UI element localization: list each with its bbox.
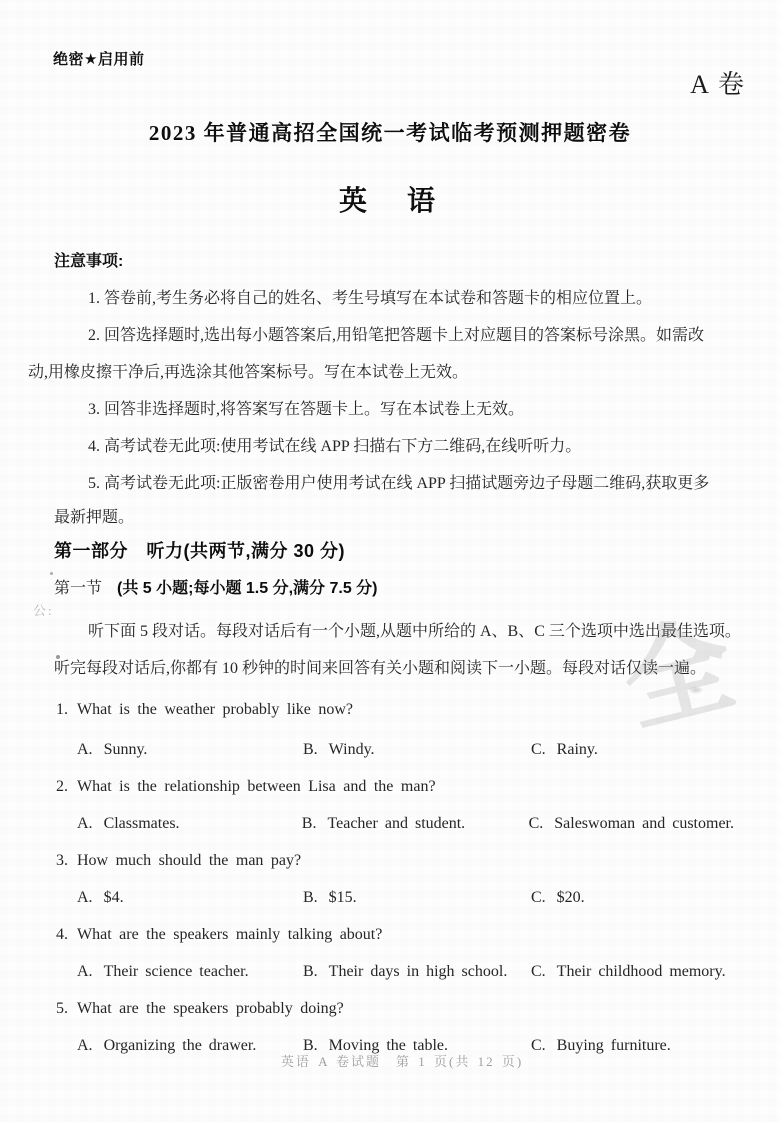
option-text: Saleswoman and customer. [554,815,734,832]
notice-line-3: 3. 回答非选择题时,将答案写在答题卡上。写在本试卷上无效。 [54,391,734,428]
notice-line-2: 2. 回答选择题时,选出每小题答案后,用铅笔把答题卡上对应题目的答案标号涂黑。如… [54,317,734,354]
option-text: $4. [104,889,124,906]
notice-line-4: 4. 高考试卷无此项:使用考试在线 APP 扫描右下方二维码,在线听听力。 [54,428,734,465]
question-4-option-c: C.Their childhood memory. [531,953,734,990]
question-4-options: A.Their science teacher. B.Their days in… [54,953,734,990]
option-text: Their childhood memory. [557,963,726,980]
page-footer: 英语 A 卷试题 第 1 页(共 12 页) [12,1051,780,1070]
paper-title: 2023 年普通高招全国统一考试临考预测押题密卷 [0,117,780,147]
option-text: Windy. [329,741,375,758]
option-text: Rainy. [557,741,598,758]
question-3-number: 3. [56,852,68,869]
option-text: Classmates. [104,815,180,832]
option-label: B. [303,963,318,980]
subject-title: 英 语 [0,179,780,219]
option-label: C. [531,741,546,758]
question-2-number: 2. [56,778,68,795]
option-label: C. [531,889,546,906]
exam-paper-page: 绝密★启用前 A 卷 2023 年普通高招全国统一考试临考预测押题密卷 英 语 … [0,0,780,1122]
option-text: Teacher and student. [327,815,465,832]
option-label: A. [77,815,93,832]
question-5-number: 5. [56,1000,68,1017]
question-1-text: What is the weather probably like now? [77,701,353,718]
notices-heading: 注意事项: [54,243,734,280]
question-2-option-a: A.Classmates. [77,805,302,842]
option-label: C. [531,963,546,980]
scan-speck [56,655,60,659]
question-5: 5.What are the speakers probably doing? [54,990,734,1027]
option-text: Their days in high school. [329,963,508,980]
question-2-option-b: B.Teacher and student. [302,805,529,842]
option-label: B. [303,741,318,758]
question-2-text: What is the relationship between Lisa an… [77,778,436,795]
margin-watermark-mark: 公: [33,600,54,619]
option-label: A. [77,741,93,758]
option-label: B. [303,889,318,906]
question-3: 3.How much should the man pay? [54,842,734,879]
option-label: B. [302,815,317,832]
listening-instructions-line-2: 听完每段对话后,你都有 10 秒钟的时间来回答有关小题和阅读下一小题。每段对话仅… [54,650,734,687]
question-1-option-b: B.Windy. [303,731,531,768]
option-text: Sunny. [104,741,148,758]
notice-line-5: 5. 高考试卷无此项:正版密卷用户使用考试在线 APP 扫描试题旁边子母题二维码… [54,465,734,502]
paper-version-label: A 卷 [690,64,746,101]
part1-heading: 第一部分 听力(共两节,满分 30 分) [54,533,734,570]
section1-heading: 第一节(共 5 小题;每小题 1.5 分,满分 7.5 分) [54,570,734,607]
question-3-option-c: C.$20. [531,879,734,916]
question-1-option-a: A.Sunny. [77,731,303,768]
scan-smudge [688,686,704,694]
question-1-options: A.Sunny. B.Windy. C.Rainy. [54,731,734,768]
classification-label: 绝密★启用前 [53,48,144,69]
question-3-option-b: B.$15. [303,879,531,916]
question-4: 4.What are the speakers mainly talking a… [54,916,734,953]
question-2-option-c: C.Saleswoman and customer. [529,805,734,842]
notice-line-1: 1. 答卷前,考生务必将自己的姓名、考生号填写在本试卷和答题卡的相应位置上。 [54,280,734,317]
scan-speck [50,572,53,575]
listening-instructions-line-1: 听下面 5 段对话。每段对话后有一个小题,从题中所给的 A、B、C 三个选项中选… [54,613,734,650]
question-5-text: What are the speakers probably doing? [77,1000,344,1017]
question-4-option-a: A.Their science teacher. [77,953,303,990]
notice-line-5-cont: 最新押题。 [54,502,734,533]
question-4-number: 4. [56,926,68,943]
option-text: Their science teacher. [104,963,249,980]
question-3-options: A.$4. B.$15. C.$20. [54,879,734,916]
question-4-option-b: B.Their days in high school. [303,953,531,990]
section1-detail: (共 5 小题;每小题 1.5 分,满分 7.5 分) [117,580,378,597]
section1-label: 第一节 [54,580,102,597]
question-3-text: How much should the man pay? [77,852,301,869]
option-label: A. [77,963,93,980]
notice-line-2-cont: 动,用橡皮擦干净后,再选涂其他答案标号。写在本试卷上无效。 [28,354,734,391]
question-1: 1.What is the weather probably like now? [54,691,734,728]
option-text: $15. [329,889,357,906]
option-text: $20. [557,889,585,906]
question-2-options: A.Classmates. B.Teacher and student. C.S… [54,805,734,842]
question-1-number: 1. [56,701,68,718]
option-label: C. [529,815,544,832]
question-4-text: What are the speakers mainly talking abo… [77,926,382,943]
question-1-option-c: C.Rainy. [531,731,734,768]
option-label: A. [77,889,93,906]
question-3-option-a: A.$4. [77,879,303,916]
question-2: 2.What is the relationship between Lisa … [54,768,734,805]
paper-body: 注意事项: 1. 答卷前,考生务必将自己的姓名、考生号填写在本试卷和答题卡的相应… [54,243,734,1064]
